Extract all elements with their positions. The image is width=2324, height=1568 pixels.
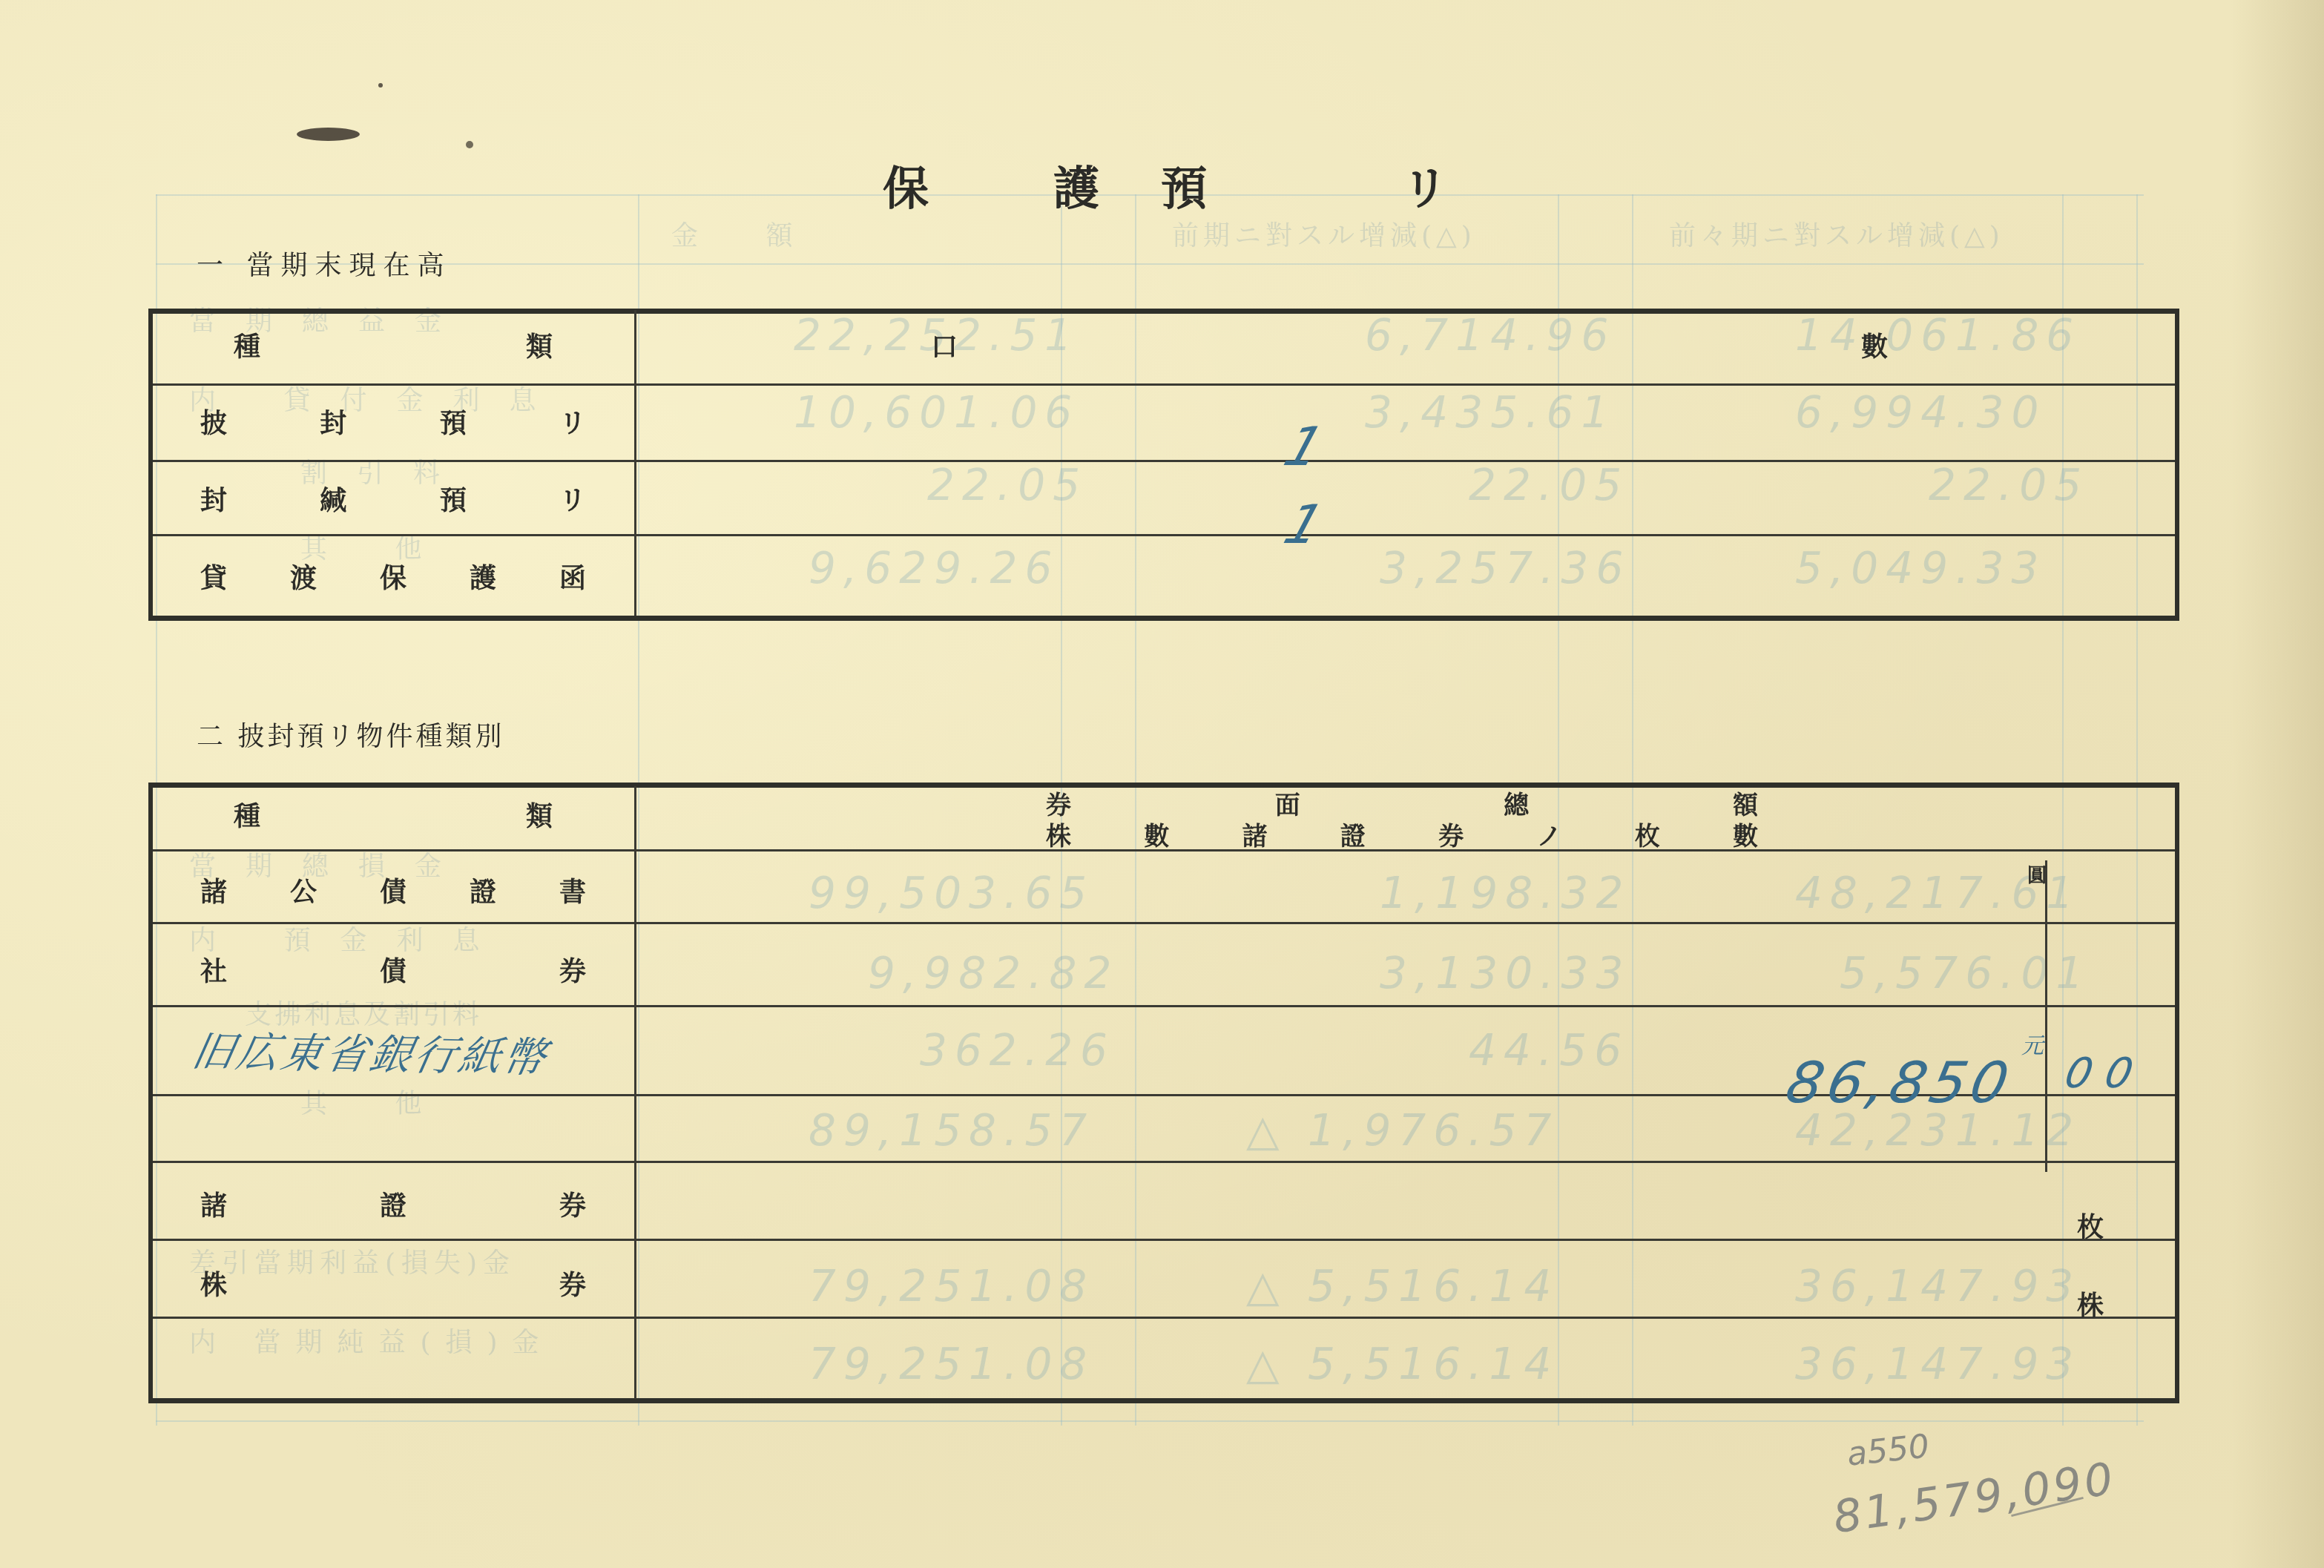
bleed-value: 22.05 xyxy=(1929,460,2089,510)
bleed-value: 9,982.82 xyxy=(868,948,1119,998)
currency-unit-yen: 圓 xyxy=(2027,860,2047,888)
bleed-value: 36,147.93 xyxy=(1795,1261,2081,1311)
title-char: 保 xyxy=(883,152,929,218)
section2-header-type: 種 類 xyxy=(234,796,553,834)
section2-row-value-unit-mark: 元 xyxy=(2021,1027,2044,1060)
section2-row-label: 社債券 xyxy=(200,951,586,989)
bleed-value: △ 1,976.57 xyxy=(1246,1105,1558,1156)
section2-row-label: 株券 xyxy=(200,1265,586,1302)
bleed-header-prev2: 前々期ニ對スル增減(△) xyxy=(1669,215,2004,253)
bleed-value: 79,251.08 xyxy=(809,1339,1094,1389)
section2-header-value-line2: 株 數 諸 證 券 ノ 枚 數 xyxy=(1046,816,1758,852)
bleed-value: 44.56 xyxy=(1469,1025,1629,1075)
bleed-value: 1,198.32 xyxy=(1380,868,1630,918)
bleed-value: 9,629.26 xyxy=(809,543,1059,593)
bleed-row-label: 内 當期純益(損)金 xyxy=(189,1322,554,1360)
bleed-value: 36,147.93 xyxy=(1795,1339,2081,1389)
bleed-value: 22.05 xyxy=(1469,460,1629,510)
title-char: 預 xyxy=(1161,152,1207,218)
ink-dot xyxy=(378,83,383,88)
section2-row-value: 86,850 xyxy=(1781,1050,2019,1116)
bleed-value: 3,130.33 xyxy=(1380,948,1630,998)
ink-stain xyxy=(466,141,473,148)
section1-row-label: 披封預リ xyxy=(200,403,586,441)
section1-row-count: 1 xyxy=(1277,493,1331,556)
bleed-value: △ 5,516.14 xyxy=(1246,1339,1558,1389)
section2-row-value-decimal: 00 xyxy=(2061,1050,2150,1098)
section2-row-label: 諸證券 xyxy=(200,1185,586,1223)
bleed-row-label: 其 他 xyxy=(300,1083,451,1121)
section2-row-unit: 株 xyxy=(2077,1285,2104,1323)
section1-header-type: 種 類 xyxy=(234,326,553,364)
section1-row-count: 1 xyxy=(1277,415,1331,478)
bleed-value: 5,049.33 xyxy=(1795,543,2046,593)
bleed-header-amount: 金 額 xyxy=(671,215,822,253)
bleed-value: 6,994.30 xyxy=(1795,387,2046,438)
section2-row-unit: 枚 xyxy=(2077,1207,2104,1245)
bleed-value: △ 5,516.14 xyxy=(1246,1261,1558,1311)
section1-heading: 一 當期末現在高 xyxy=(197,245,451,283)
title-char: リ xyxy=(1402,152,1448,218)
section2-row-label-handwritten: 旧広東省銀行紙幣 xyxy=(188,1019,554,1084)
section2-row-label: 諸公債證書 xyxy=(200,872,586,909)
section1-row-label: 貸渡保護函 xyxy=(200,558,586,596)
bleed-value: 362.26 xyxy=(920,1025,1115,1075)
bleed-value: 3,435.61 xyxy=(1365,387,1616,438)
bleed-value: 89,158.57 xyxy=(809,1105,1094,1156)
section2-heading: 二 披封預リ物件種類別 xyxy=(197,716,504,754)
bleed-value: 5,576.01 xyxy=(1840,948,2090,998)
bleed-value: 79,251.08 xyxy=(809,1261,1094,1311)
bleed-value: 99,503.65 xyxy=(809,868,1094,918)
pencil-annotation-line1: a550 xyxy=(1846,1427,1932,1473)
section1-row-label: 封緘預リ xyxy=(200,480,586,518)
section1-header-count: 口 數 xyxy=(931,326,1888,364)
bleed-value: 10,601.06 xyxy=(794,387,1079,438)
title-char: 護 xyxy=(1053,152,1099,218)
bleed-header-prev: 前期ニ對スル增減(△) xyxy=(1172,215,1476,253)
ink-stain xyxy=(297,128,360,141)
bleed-value: 3,257.36 xyxy=(1380,543,1630,593)
bleed-value: 22.05 xyxy=(927,460,1087,510)
